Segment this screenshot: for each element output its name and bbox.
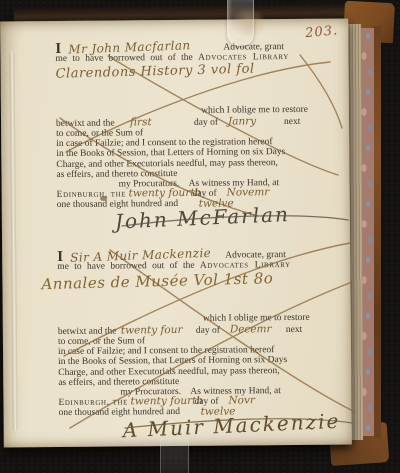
leather-spine-edge [373, 26, 381, 438]
ink-blot [100, 196, 107, 201]
book-title-line: Annales de Musée Vol 1st 8o [57, 271, 309, 291]
printed-edinburgh: Edinburgh, the [57, 189, 127, 200]
book-title-handwritten: Clarendons History 3 vol fol [55, 62, 254, 82]
printed-borrowed: me to have borrowed out of the [55, 53, 192, 64]
printed-advocate-grant: Advocate, grant [225, 250, 286, 261]
restore-month-handwritten: Decemr [230, 323, 272, 335]
book-title-line: Clarendons History 3 vol fol [56, 63, 308, 80]
page-holder-strip-bottom [160, 438, 189, 473]
printed-betwixt: betwixt and the [56, 119, 115, 130]
restore-day-handwritten: twenty four [121, 324, 183, 337]
page-gutter-crease [9, 51, 17, 431]
oblige-restore-line: which I oblige me to restore [58, 313, 310, 325]
printed-borrowed: me to have borrowed out of the [57, 261, 194, 272]
oblige-restore-line: which I oblige me to restore [56, 105, 308, 117]
marbled-board-edge [361, 28, 374, 436]
restore-month-handwritten: Janry [228, 115, 256, 127]
printed-next: next [286, 325, 302, 335]
borrow-entry-mackenzie: I Sir A Muir Mackenzie Advocate, grant m… [57, 247, 311, 449]
register-page: 203. I Mr John Macfarlan Advocate, grant… [0, 18, 352, 447]
printed-day-of: day of [196, 326, 220, 336]
photograph-of-borrowing-register: 203. I Mr John Macfarlan Advocate, grant… [0, 0, 400, 473]
printed-day-of: day of [194, 118, 218, 128]
printed-next: next [284, 117, 300, 127]
borrow-entry-macfarlan: I Mr John Macfarlan Advocate, grant me t… [55, 39, 309, 241]
book-title-handwritten: Annales de Musée Vol 1st 8o [41, 269, 273, 293]
printed-betwixt: betwixt and the [58, 327, 117, 338]
page-holder-strip-top [227, 0, 254, 46]
restore-day-handwritten: first [130, 116, 152, 128]
signed-day-handwritten: twenty fourth [130, 395, 203, 408]
signed-day-handwritten: twenty fourth [129, 187, 202, 200]
page-number: 203. [305, 23, 339, 41]
printed-edinburgh: Edinburgh, the [58, 397, 128, 408]
